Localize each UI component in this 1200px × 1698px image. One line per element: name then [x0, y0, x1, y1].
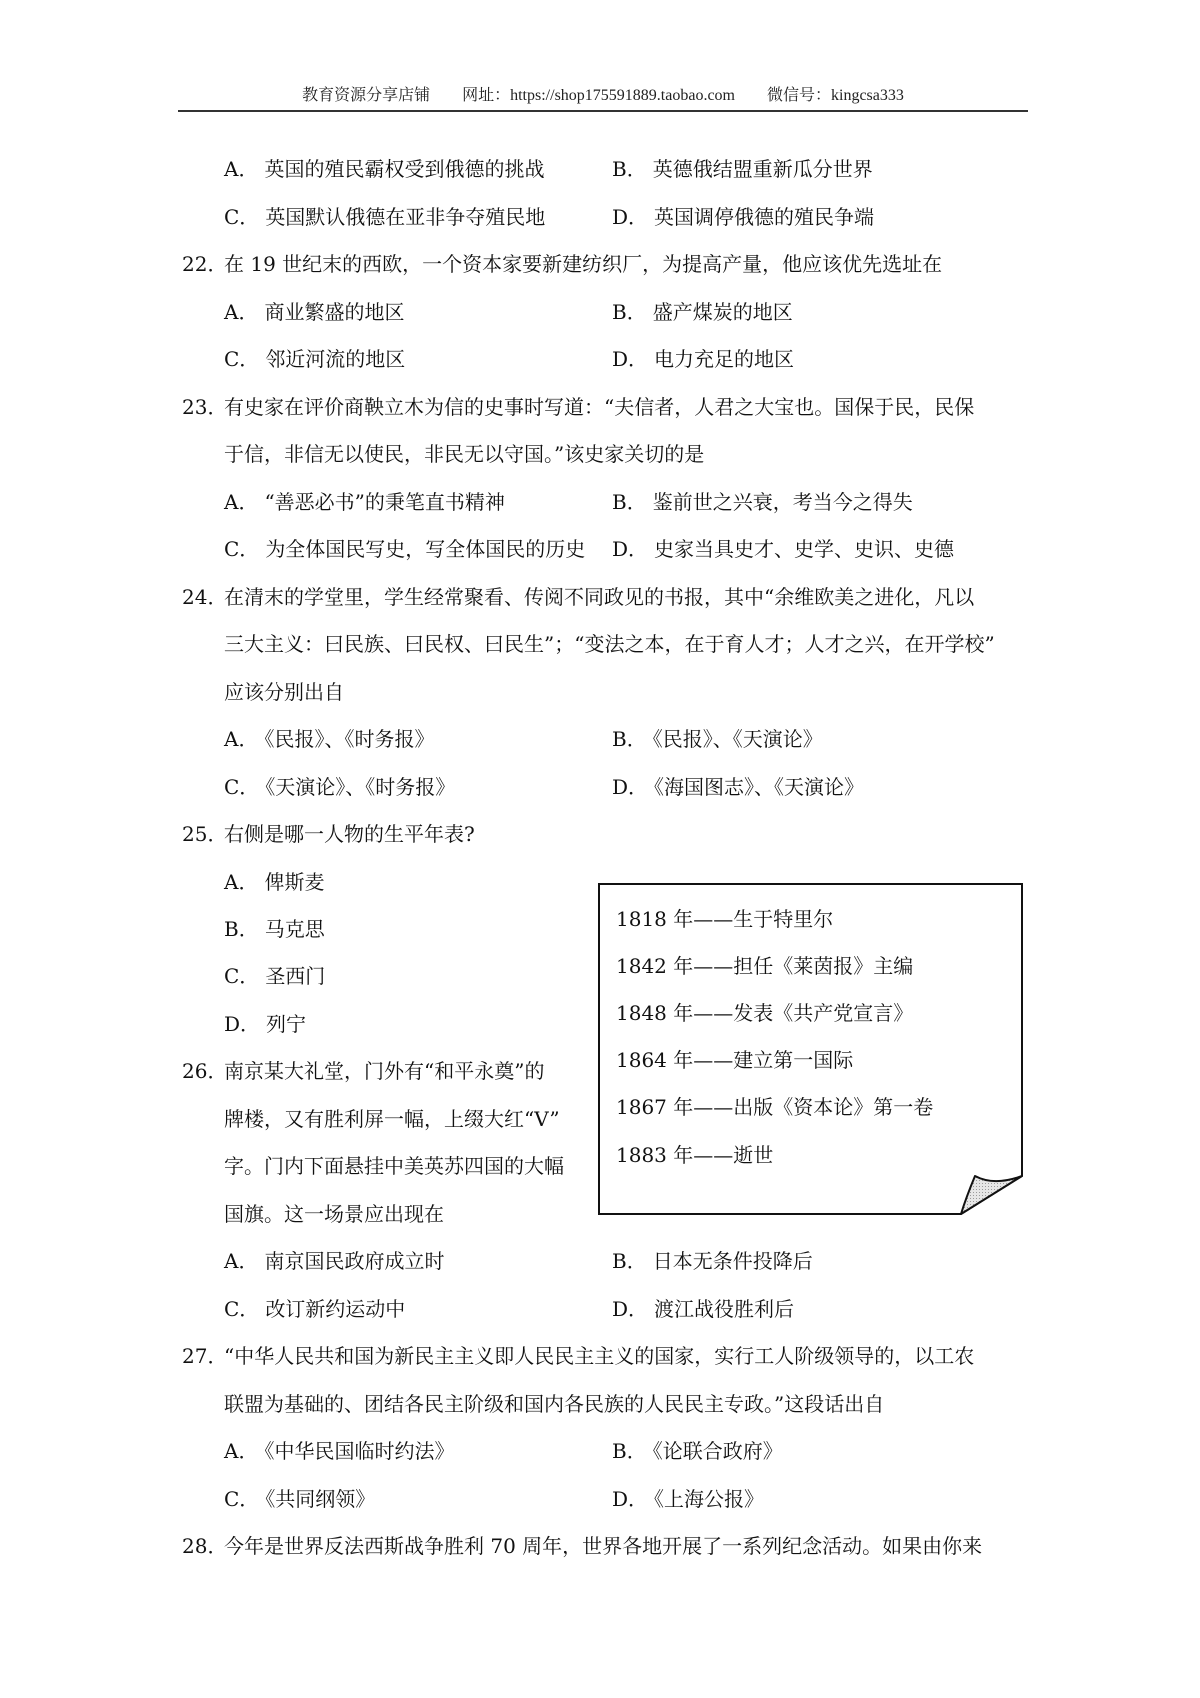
option-text: 英国默认俄德在亚非争夺殖民地 [265, 205, 545, 229]
option-letter: A． [224, 490, 258, 514]
q26-stem-line-2: 牌楼，又有胜利屏一幅，上缀大红“V” [224, 1105, 560, 1133]
header-shop: 教育资源分享店铺 [302, 87, 430, 104]
option-text: 《共同纲领》 [265, 1487, 375, 1511]
option-letter: B． [224, 917, 259, 941]
option-text: 英德俄结盟重新瓜分世界 [653, 157, 873, 181]
option-letter: D． [612, 1297, 648, 1321]
option-letter: A． [224, 300, 258, 324]
q26-option-d: D．渡江战役胜利后 [612, 1295, 794, 1323]
q26-stem-line-3: 字。门内下面悬挂中美英苏四国的大幅 [224, 1152, 564, 1180]
q21-option-a: A．英国的殖民霸权受到俄德的挑战 [224, 155, 544, 183]
option-letter: B． [612, 1249, 647, 1273]
q26-option-b: B．日本无条件投降后 [612, 1247, 813, 1275]
q24-option-a: A．《民报》、《时务报》 [224, 725, 434, 753]
option-letter: A． [224, 727, 258, 751]
q22-option-b: B．盛产煤炭的地区 [612, 298, 793, 326]
option-letter: B． [612, 727, 647, 751]
q27-stem-line-1: 27．“中华人民共和国为新民主主义即人民民主主义的国家，实行工人阶级领导的，以工… [182, 1342, 974, 1370]
timeline-entry: 1864 年——建立第一国际 [616, 1046, 853, 1074]
q22-option-a: A．商业繁盛的地区 [224, 298, 404, 326]
option-text: 马克思 [265, 917, 325, 941]
option-letter: C． [224, 205, 259, 229]
option-text: 英国调停俄德的殖民争端 [654, 205, 874, 229]
question-text: 今年是世界反法西斯战争胜利 70 周年，世界各地开展了一系列纪念活动。如果由你来 [224, 1534, 982, 1558]
q27-option-b: B．《论联合政府》 [612, 1437, 783, 1465]
question-number: 23． [182, 393, 224, 421]
option-letter: C． [224, 964, 259, 988]
q25-option-d: D．列宁 [224, 1010, 306, 1038]
q21-option-c: C．英国默认俄德在亚非争夺殖民地 [224, 203, 545, 231]
option-letter: D． [612, 205, 648, 229]
q23-stem-line-2: 于信，非信无以使民，非民无以守国。”该史家关切的是 [224, 440, 704, 468]
option-text: 鉴前世之兴衰，考当今之得失 [653, 490, 913, 514]
option-letter: C． [224, 775, 259, 799]
q26-option-c: C．改订新约运动中 [224, 1295, 405, 1323]
option-letter: D． [612, 347, 648, 371]
question-text: 在 19 世纪末的西欧，一个资本家要新建纺织厂，为提高产量，他应该优先选址在 [224, 252, 942, 276]
q26-stem-line-1: 26．南京某大礼堂，门外有“和平永奠”的 [182, 1057, 544, 1085]
header-url: 网址：https://shop175591889.taobao.com [462, 87, 735, 104]
option-letter: D． [612, 775, 648, 799]
option-letter: C． [224, 347, 259, 371]
option-letter: A． [224, 157, 258, 181]
q22-option-c: C．邻近河流的地区 [224, 345, 405, 373]
option-text: 俾斯麦 [264, 870, 324, 894]
q24-stem-line-3: 应该分别出自 [224, 678, 344, 706]
q21-option-b: B．英德俄结盟重新瓜分世界 [612, 155, 873, 183]
option-text: 《民报》、《时务报》 [264, 727, 434, 751]
header-wechat: 微信号：kingcsa333 [767, 87, 904, 104]
question-text: 右侧是哪一人物的生平年表? [224, 822, 475, 846]
question-number: 28． [182, 1532, 224, 1560]
q28-stem-line-1: 28．今年是世界反法西斯战争胜利 70 周年，世界各地开展了一系列纪念活动。如果… [182, 1532, 982, 1560]
option-text: “善恶必书”的秉笔直书精神 [264, 490, 504, 514]
question-text: 有史家在评价商鞅立木为信的史事时写道：“夫信者，人君之大宝也。国保于民，民保 [224, 395, 974, 419]
option-text: 为全体国民写史，写全体国民的历史 [265, 537, 585, 561]
q23-option-c: C．为全体国民写史，写全体国民的历史 [224, 535, 585, 563]
option-text: 电力充足的地区 [654, 347, 794, 371]
q24-option-c: C．《天演论》、《时务报》 [224, 773, 455, 801]
timeline-note-box: 1818 年——生于特里尔 1842 年——担任《莱茵报》主编 1848 年——… [598, 883, 1022, 1214]
option-text: 盛产煤炭的地区 [653, 300, 793, 324]
q23-option-b: B．鉴前世之兴衰，考当今之得失 [612, 488, 913, 516]
header-rule [178, 110, 1028, 112]
option-text: 《论联合政府》 [653, 1439, 783, 1463]
q25-stem: 25．右侧是哪一人物的生平年表? [182, 820, 475, 848]
option-text: 商业繁盛的地区 [264, 300, 404, 324]
option-letter: A． [224, 870, 258, 894]
option-letter: B． [612, 1439, 647, 1463]
q21-option-d: D．英国调停俄德的殖民争端 [612, 203, 874, 231]
q27-stem-line-2: 联盟为基础的、团结各民主阶级和国内各民族的人民民主专政。”这段话出自 [224, 1390, 884, 1418]
q27-option-d: D．《上海公报》 [612, 1485, 764, 1513]
option-letter: B． [612, 490, 647, 514]
q24-option-b: B．《民报》、《天演论》 [612, 725, 823, 753]
option-text: 《海国图志》、《天演论》 [654, 775, 864, 799]
q25-option-c: C．圣西门 [224, 962, 325, 990]
q25-option-b: B．马克思 [224, 915, 325, 943]
q25-option-a: A．俾斯麦 [224, 868, 324, 896]
q23-option-d: D．史家当具史才、史学、史识、史德 [612, 535, 954, 563]
option-text: 改订新约运动中 [265, 1297, 405, 1321]
option-letter: B． [612, 300, 647, 324]
q22-option-d: D．电力充足的地区 [612, 345, 794, 373]
timeline-entry: 1867 年——出版《资本论》第一卷 [616, 1093, 933, 1121]
q27-option-a: A．《中华民国临时约法》 [224, 1437, 454, 1465]
q24-stem-line-1: 24．在清末的学堂里，学生经常聚看、传阅不同政见的书报，其中“余维欧美之进化，凡… [182, 583, 974, 611]
question-text: 在清末的学堂里，学生经常聚看、传阅不同政见的书报，其中“余维欧美之进化，凡以 [224, 585, 974, 609]
q26-option-a: A．南京国民政府成立时 [224, 1247, 444, 1275]
question-number: 25． [182, 820, 224, 848]
option-text: 邻近河流的地区 [265, 347, 405, 371]
q23-stem-line-1: 23．有史家在评价商鞅立木为信的史事时写道：“夫信者，人君之大宝也。国保于民，民… [182, 393, 974, 421]
option-text: 史家当具史才、史学、史识、史德 [654, 537, 954, 561]
option-text: 《天演论》、《时务报》 [265, 775, 455, 799]
option-text: 圣西门 [265, 964, 325, 988]
option-text: 列宁 [266, 1012, 306, 1036]
question-number: 27． [182, 1342, 224, 1370]
option-letter: C． [224, 537, 259, 561]
option-text: 渡江战役胜利后 [654, 1297, 794, 1321]
option-text: 南京国民政府成立时 [264, 1249, 444, 1273]
question-number: 22． [182, 250, 224, 278]
question-number: 26． [182, 1057, 224, 1085]
option-letter: D． [612, 537, 648, 561]
option-text: 《上海公报》 [654, 1487, 764, 1511]
option-letter: D． [612, 1487, 648, 1511]
q24-stem-line-2: 三大主义：曰民族、曰民权、曰民生”；“变法之本，在于育人才；人才之兴，在开学校” [224, 630, 995, 658]
timeline-entry: 1818 年——生于特里尔 [616, 905, 833, 933]
option-letter: C． [224, 1297, 259, 1321]
option-letter: C． [224, 1487, 259, 1511]
q22-stem: 22．在 19 世纪末的西欧，一个资本家要新建纺织厂，为提高产量，他应该优先选址… [182, 250, 942, 278]
option-letter: A． [224, 1439, 258, 1463]
option-text: 英国的殖民霸权受到俄德的挑战 [264, 157, 544, 181]
option-letter: B． [612, 157, 647, 181]
q24-option-d: D．《海国图志》、《天演论》 [612, 773, 864, 801]
question-text: “中华人民共和国为新民主主义即人民民主主义的国家，实行工人阶级领导的，以工农 [224, 1344, 974, 1368]
question-number: 24． [182, 583, 224, 611]
option-text: 日本无条件投降后 [653, 1249, 813, 1273]
timeline-entry: 1883 年——逝世 [616, 1141, 773, 1169]
question-text: 南京某大礼堂，门外有“和平永奠”的 [224, 1059, 544, 1083]
option-letter: D． [224, 1012, 260, 1036]
q26-stem-line-4: 国旗。这一场景应出现在 [224, 1200, 444, 1228]
page-header: 教育资源分享店铺 网址：https://shop175591889.taobao… [178, 82, 1028, 105]
q23-option-a: A．“善恶必书”的秉笔直书精神 [224, 488, 505, 516]
option-letter: A． [224, 1249, 258, 1273]
option-text: 《民报》、《天演论》 [653, 727, 823, 751]
q27-option-c: C．《共同纲领》 [224, 1485, 375, 1513]
timeline-entry: 1842 年——担任《莱茵报》主编 [616, 952, 913, 980]
option-text: 《中华民国临时约法》 [264, 1439, 454, 1463]
timeline-entry: 1848 年——发表《共产党宣言》 [616, 999, 913, 1027]
